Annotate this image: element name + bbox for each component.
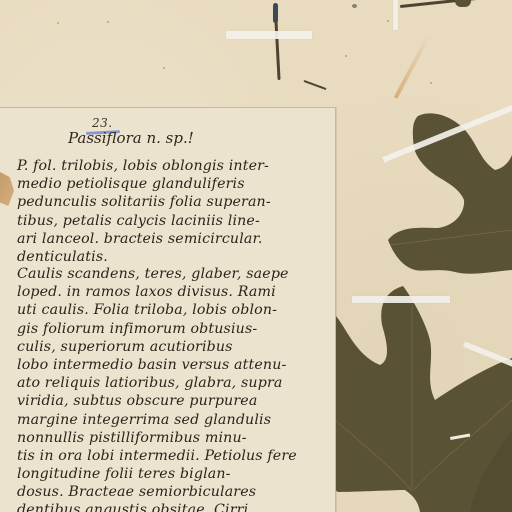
paper-speck <box>352 4 357 8</box>
text-line: dentibus angustis obsitae. Cirri <box>17 501 329 512</box>
text-line: Caulis scandens, teres, glaber, saepe <box>17 265 329 283</box>
text-line: P. fol. trilobis, lobis oblongis inter- <box>17 157 329 175</box>
text-line: nonnullis pistilliformibus minu- <box>17 429 329 447</box>
mounting-tape <box>352 296 450 303</box>
diagnosis-paragraph: P. fol. trilobis, lobis oblongis inter- … <box>17 157 329 266</box>
paper-speck <box>387 20 389 22</box>
text-line: gis foliorum infimorum obtusius- <box>17 320 329 338</box>
paper-speck <box>107 21 109 23</box>
text-line: medio petiolisque glanduliferis <box>17 175 329 193</box>
description-paragraph: Caulis scandens, teres, glaber, saepe lo… <box>17 265 329 512</box>
text-line: margine integerrima sed glandulis <box>17 411 329 429</box>
text-line: tis in ora lobi intermedii. Petiolus fer… <box>17 447 329 465</box>
text-line: lobo intermedio basin versus attenu- <box>17 356 329 374</box>
text-line: culis, superiorum acutioribus <box>17 338 329 356</box>
text-line: loped. in ramos laxos divisus. Rami <box>17 283 329 301</box>
paper-speck <box>430 82 432 84</box>
upper-leaf <box>388 113 512 273</box>
text-line: ato reliquis latioribus, glabra, supra <box>17 374 329 392</box>
pressed-leaf-illustration <box>330 100 512 512</box>
mounting-tape <box>393 0 398 30</box>
paper-speck <box>345 55 347 57</box>
text-line: ari lanceol. bracteis semicircular. <box>17 230 329 248</box>
paper-speck <box>57 22 59 24</box>
text-line: denticulatis. <box>17 248 329 266</box>
text-line: dosus. Bracteae semiorbiculares <box>17 483 329 501</box>
text-line: tibus, petalis calycis laciniis line- <box>17 212 329 230</box>
species-title: Passiflora n. sp.! <box>68 129 194 147</box>
label-number: 23. <box>92 116 113 130</box>
text-line: uti caulis. Folia triloba, lobis oblon- <box>17 301 329 319</box>
text-line: longitudine folii teres biglan- <box>17 465 329 483</box>
text-line: pedunculis solitariis folia superan- <box>17 193 329 211</box>
text-line: viridia, subtus obscure purpurea <box>17 392 329 410</box>
paper-speck <box>163 67 165 69</box>
mounting-tape <box>226 31 312 39</box>
